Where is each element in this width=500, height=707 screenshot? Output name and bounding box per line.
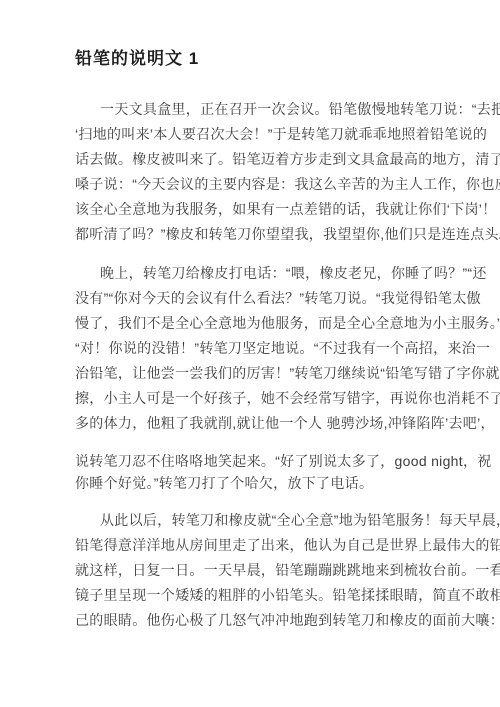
document-title: 铅笔的说明文 1 bbox=[75, 44, 430, 69]
text-line: 该全心全意地为我服务，如果有一点差错的话，我就让你们‘下岗’！ bbox=[75, 197, 430, 222]
text-line: 擦，小主人可是一个好孩子，她不会经常写错字，再说你也消耗不了太 bbox=[75, 386, 430, 411]
paragraph: 一天文具盒里，正在召开一次会议。铅笔傲慢地转笔刀说：“去把‘扫地的叫来’本人要召… bbox=[75, 97, 430, 247]
text-line: 嗓子说：“今天会议的主要内容是：我这么辛苦的为主人工作，你也应 bbox=[75, 172, 430, 197]
paragraph: 从此以后，转笔刀和橡皮就“全心全意”地为铅笔服务！每天早晨，铅笔得意洋洋地从房间… bbox=[75, 508, 430, 633]
document-page: 铅笔的说明文 1 一天文具盒里，正在召开一次会议。铅笔傲慢地转笔刀说：“去把‘扫… bbox=[0, 0, 500, 707]
text-line: 一天文具盒里，正在召开一次会议。铅笔傲慢地转笔刀说：“去把 bbox=[75, 97, 430, 122]
text-line: 话去做。橡皮被叫来了。铅笔迈着方步走到文具盒最高的地方，清了清 bbox=[75, 147, 430, 172]
text-line: 慢了，我们不是全心全意地为他服务，而是全心全意地为小主服务。” bbox=[75, 311, 430, 336]
text-line: ‘扫地的叫来’本人要召次大会！”于是转笔刀就乖乖地照着铅笔说的 bbox=[75, 122, 430, 147]
text-line: 铅笔得意洋洋地从房间里走了出来，他认为自己是世界上最伟大的铅笔。 bbox=[75, 533, 430, 558]
text-line: 没有”“你对今天的会议有什么看法？”转笔刀说。“我觉得铅笔太傲 bbox=[75, 286, 430, 311]
text-line: 都听清了吗？”橡皮和转笔刀你望望我，我望望你,他们只是连连点头。 bbox=[75, 222, 430, 247]
text-line: 说转笔刀忍不住咯咯地笑起来。“好了别说太多了，good night，祝 bbox=[75, 450, 430, 472]
text-line: 治铅笔，让他尝一尝我们的厉害！”转笔刀继续说“铅笔写错了字你就 bbox=[75, 361, 430, 386]
paragraph: 说转笔刀忍不住咯咯地笑起来。“好了别说太多了，good night，祝你睡个好觉… bbox=[75, 450, 430, 494]
text-line: 就这样，日复一日。一天早晨，铅笔蹦蹦跳跳地来到梳妆台前。一看， bbox=[75, 558, 430, 583]
text-line: 从此以后，转笔刀和橡皮就“全心全意”地为铅笔服务！每天早晨， bbox=[75, 508, 430, 533]
text-line: 多的体力，他粗了我就削,就让他一个人 驰骋沙场,冲锋陷阵’去吧’， bbox=[75, 411, 430, 436]
text-line: 己的眼睛。他伤心极了几怒气冲冲地跑到转笔刀和橡皮的面前大嚷：“瞧， bbox=[75, 608, 430, 633]
paragraph: 晚上，转笔刀给橡皮打电话：“喂，橡皮老兄，你睡了吗？”“还没有”“你对今天的会议… bbox=[75, 261, 430, 436]
text-line: 你睡个好觉。”转笔刀打了个哈欠，放下了电话。 bbox=[75, 472, 430, 494]
text-line: 镜子里呈现一个矮矮的粗胖的小铅笔头。铅笔揉揉眼睛，简直不敢相自 bbox=[75, 583, 430, 608]
text-line: 晚上，转笔刀给橡皮打电话：“喂，橡皮老兄，你睡了吗？”“还 bbox=[75, 261, 430, 286]
text-line: “对！你说的没错！”转笔刀坚定地说。“不过我有一个高招，来治一 bbox=[75, 336, 430, 361]
